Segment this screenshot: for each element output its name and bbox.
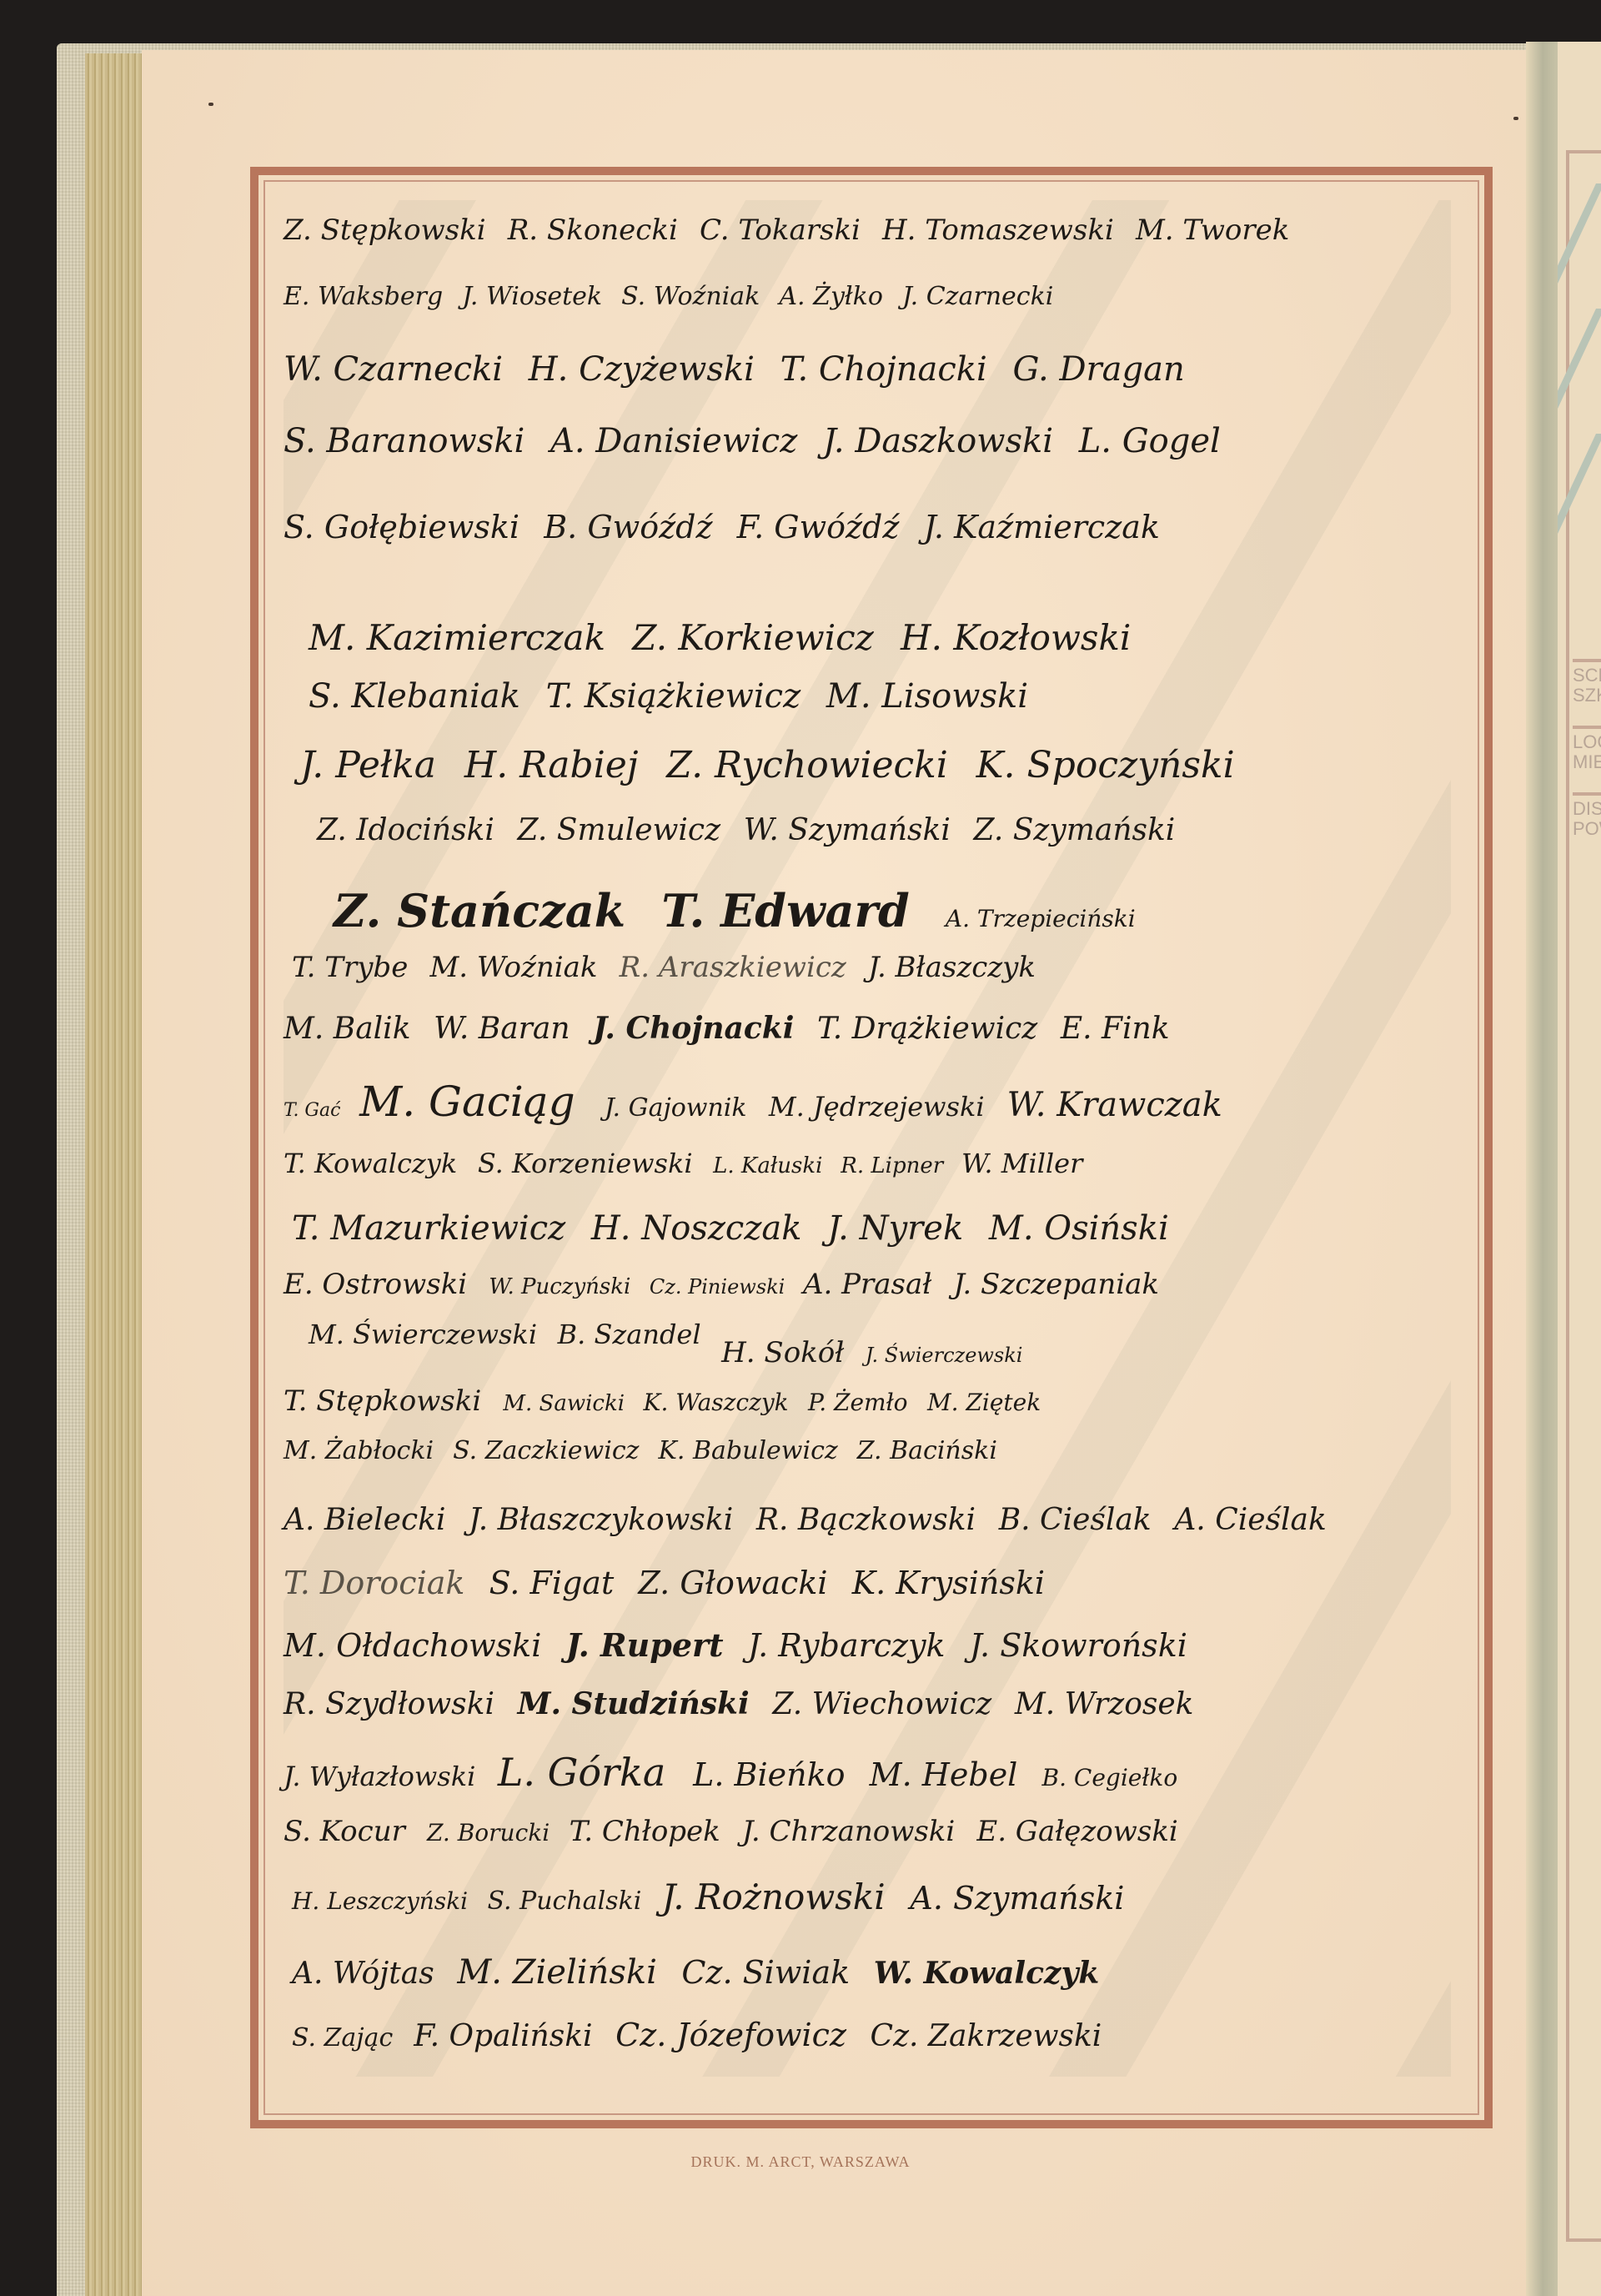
adjacent-page-fragment: SCHO SZKO LOCA MIEJS DISTI POW xyxy=(1558,42,1601,2296)
signature: E. Ostrowski xyxy=(284,1268,467,1301)
signature: B. Cieślak xyxy=(999,1503,1152,1537)
signature-row: Z. Stępkowski R. Skonecki C. Tokarski H.… xyxy=(284,214,1468,247)
signature: Z. Wiechowicz xyxy=(772,1687,991,1721)
signature: J. Pełka xyxy=(300,744,436,786)
signature: B. Szandel xyxy=(558,1319,701,1350)
signature-row: J. Wyłazłowski L. Górka L. Bieńko M. Heb… xyxy=(284,1750,1468,1795)
signature: J. Skowroński xyxy=(970,1627,1187,1664)
signature: P. Żemło xyxy=(808,1389,907,1416)
signature-row: S. Baranowski A. Danisiewicz J. Daszkows… xyxy=(284,422,1468,460)
signature-row: S. Zając F. Opaliński Cz. Józefowicz Cz.… xyxy=(284,2017,1476,2053)
page-edges xyxy=(85,53,143,2296)
signature: M. Wrzosek xyxy=(1015,1687,1194,1721)
signature: L. Kałuski xyxy=(713,1153,822,1178)
signature-row: E. Waksberg J. Wiosetek S. Woźniak A. Ży… xyxy=(284,282,1468,311)
signature-list: Z. Stępkowski R. Skonecki C. Tokarski H.… xyxy=(284,200,1468,2093)
signature: K. Waszczyk xyxy=(644,1389,789,1416)
signature: A. Prasał xyxy=(803,1268,931,1301)
signature: H. Leszczyński xyxy=(292,1887,468,1915)
signature-row: M. Świerczewski B. Szandel H. Sokół J. Ś… xyxy=(284,1318,1493,1351)
signature-row: T. Mazurkiewicz H. Noszczak J. Nyrek M. … xyxy=(284,1209,1476,1248)
signature: E. Gałęzowski xyxy=(976,1815,1177,1848)
signature: M. Żabłocki xyxy=(284,1436,434,1465)
signature-row: J. Pełka H. Rabiej Z. Rychowiecki K. Spo… xyxy=(284,744,1484,786)
signature: M. Sawicki xyxy=(503,1391,625,1416)
signature-row: T. Kowalczyk S. Korzeniewski L. Kałuski … xyxy=(284,1148,1468,1179)
signature: Z. Głowacki xyxy=(638,1565,827,1601)
signature: M. Zieliński xyxy=(457,1953,657,1992)
signature: J. Wiosetek xyxy=(462,282,602,311)
signature: S. Zaczkiewicz xyxy=(453,1436,639,1465)
signature: H. Sokół xyxy=(721,1336,844,1369)
signature: R. Araszkiewicz xyxy=(620,951,846,984)
signature-row: T. Trybe M. Woźniak R. Araszkiewicz J. B… xyxy=(284,951,1476,984)
ink-speck xyxy=(208,103,213,106)
signature: S. Kocur xyxy=(284,1815,405,1848)
signature: R. Bączkowski xyxy=(756,1503,976,1537)
signature: S. Gołębiewski xyxy=(284,509,519,545)
signature: W. Szymański xyxy=(744,813,951,847)
signature: R. Lipner xyxy=(841,1153,943,1178)
signature: M. Kazimierczak xyxy=(309,617,605,658)
signature: S. Puchalski xyxy=(488,1887,642,1916)
signature: T. Trybe xyxy=(292,951,408,984)
signature: M. Ołdachowski xyxy=(284,1627,541,1664)
signature: H. Rabiej xyxy=(464,744,639,786)
signature: T. Drążkiewicz xyxy=(817,1012,1037,1046)
signature: J. Kaźmierczak xyxy=(924,509,1160,545)
signature: J. Daszkowski xyxy=(823,422,1053,460)
signature: M. Lisowski xyxy=(826,677,1028,716)
signature: W. Czarnecki xyxy=(284,350,503,389)
signature: K. Spoczyński xyxy=(976,744,1235,786)
signature: F. Gwóźdź xyxy=(737,509,900,545)
signature: J. Chrzanowski xyxy=(742,1815,955,1848)
signature: T. Kowalczyk xyxy=(284,1148,457,1179)
signature: Z. Szymański xyxy=(973,813,1175,847)
signature: T. Książkiewicz xyxy=(546,677,801,716)
signature: T. Dorociak xyxy=(284,1565,464,1601)
signature: G. Dragan xyxy=(1013,350,1185,389)
signature: A. Wójtas xyxy=(292,1957,434,1991)
signature-row: H. Leszczyński S. Puchalski J. Rożnowski… xyxy=(284,1876,1476,1917)
signature: C. Tokarski xyxy=(700,214,861,247)
signature: Z. Borucki xyxy=(427,1819,550,1846)
signature: K. Krysiński xyxy=(852,1565,1045,1601)
signature: S. Figat xyxy=(489,1565,615,1601)
signature: J. Wyłazłowski xyxy=(284,1761,475,1792)
signature: Z. Smulewicz xyxy=(518,813,721,847)
signature: Cz. Józefowicz xyxy=(615,2017,846,2053)
signature-row: S. Gołębiewski B. Gwóźdź F. Gwóźdź J. Ka… xyxy=(284,509,1468,545)
signature: S. Woźniak xyxy=(621,282,760,311)
signature: J. Szczepaniak xyxy=(953,1268,1159,1301)
adjacent-page-label: SCHO SZKO xyxy=(1573,659,1601,706)
adjacent-page-label: DISTI POW xyxy=(1573,792,1601,839)
signature: M. Balik xyxy=(284,1012,411,1046)
signature: A. Trzepieciński xyxy=(946,905,1136,932)
signature: E. Fink xyxy=(1061,1012,1170,1046)
signature-row: M. Balik W. Baran J. Chojnacki T. Drążki… xyxy=(284,1011,1468,1046)
signature: Z. Stańczak xyxy=(334,884,625,937)
signature: K. Babulewicz xyxy=(659,1436,838,1465)
signature: M. Gaciąg xyxy=(359,1078,575,1126)
signature-row: A. Bielecki J. Błaszczykowski R. Bączkow… xyxy=(284,1503,1468,1537)
ink-speck xyxy=(1513,117,1518,120)
signature: H. Tomaszewski xyxy=(882,214,1114,247)
signature: T. Chojnacki xyxy=(780,350,987,389)
signature: J. Nyrek xyxy=(827,1209,963,1248)
signature: T. Stępkowski xyxy=(284,1384,481,1418)
signature: M. Świerczewski xyxy=(309,1319,537,1350)
signature: R. Skonecki xyxy=(508,214,678,247)
signature-row: W. Czarnecki H. Czyżewski T. Chojnacki G… xyxy=(284,350,1468,389)
signature: A. Żyłko xyxy=(779,282,883,311)
signature-row: T. Dorociak S. Figat Z. Głowacki K. Krys… xyxy=(284,1565,1468,1601)
signature: W. Puczyński xyxy=(489,1274,630,1299)
signature: Cz. Piniewski xyxy=(650,1275,785,1299)
signature-row: M. Ołdachowski J. Rupert J. Rybarczyk J.… xyxy=(284,1626,1468,1664)
signature: T. Edward xyxy=(661,884,909,937)
signature: M. Osiński xyxy=(989,1209,1169,1248)
signature-row: T. Gać M. Gaciąg J. Gajownik M. Jędrzeje… xyxy=(284,1078,1468,1126)
signature: R. Szydłowski xyxy=(284,1687,494,1721)
signature: W. Kowalczyk xyxy=(874,1956,1100,1991)
signature: M. Tworek xyxy=(1136,214,1289,247)
signature: S. Baranowski xyxy=(284,422,524,460)
signature-row: M. Kazimierczak Z. Korkiewicz H. Kozłows… xyxy=(284,617,1493,658)
signature-row: S. Kocur Z. Borucki T. Chłopek J. Chrzan… xyxy=(284,1815,1468,1848)
signature: W. Krawczak xyxy=(1007,1086,1222,1124)
signature: M. Woźniak xyxy=(429,951,597,984)
signature: H. Czyżewski xyxy=(529,350,755,389)
signature-row: Z. Idociński Z. Smulewicz W. Szymański Z… xyxy=(284,813,1501,847)
signature: M. Hebel xyxy=(870,1756,1018,1793)
signature: S. Zając xyxy=(292,2023,393,2052)
signature-row: S. Klebaniak T. Książkiewicz M. Lisowski xyxy=(284,677,1493,716)
signature: L. Bieńko xyxy=(693,1756,845,1793)
signature-row: T. Stępkowski M. Sawicki K. Waszczyk P. … xyxy=(284,1384,1468,1418)
signature: Z. Rychowiecki xyxy=(666,744,948,786)
signature: H. Kozłowski xyxy=(901,617,1131,658)
signature: Cz. Zakrzewski xyxy=(871,2019,1102,2053)
signature: F. Opaliński xyxy=(414,2019,592,2053)
signature: L. Gogel xyxy=(1079,422,1221,460)
signature: E. Waksberg xyxy=(284,282,443,311)
signature: H. Noszczak xyxy=(591,1209,802,1248)
signature: T. Mazurkiewicz xyxy=(292,1209,565,1248)
signature: M. Studziński xyxy=(518,1686,750,1721)
signature: Z. Stępkowski xyxy=(284,214,486,247)
printer-imprint: DRUK. M. ARCT, WARSZAWA xyxy=(0,2153,1601,2171)
signature: M. Jędrzejewski xyxy=(769,1091,985,1123)
signature: J. Rupert xyxy=(566,1626,724,1664)
signature: J. Gajownik xyxy=(605,1093,747,1123)
adjacent-page-label: LOCA MIEJS xyxy=(1573,726,1601,772)
signature: W. Miller xyxy=(961,1148,1082,1179)
signature: J. Chojnacki xyxy=(593,1011,794,1046)
signature: T. Gać xyxy=(284,1100,340,1121)
signature-row: E. Ostrowski W. Puczyński Cz. Piniewski … xyxy=(284,1268,1468,1301)
signature: L. Górka xyxy=(498,1750,666,1795)
signature: A. Cieślak xyxy=(1174,1503,1327,1537)
signature-row: Z. Stańczak T. Edward A. Trzepieciński xyxy=(284,884,1518,937)
signature: A. Szymański xyxy=(910,1880,1124,1917)
signature: Z. Baciński xyxy=(857,1436,997,1465)
signature: T. Chłopek xyxy=(570,1815,720,1848)
signature: B. Gwóźdź xyxy=(544,509,712,545)
signature-row: M. Żabłocki S. Zaczkiewicz K. Babulewicz… xyxy=(284,1436,1468,1465)
signature: J. Rożnowski xyxy=(662,1876,886,1917)
signature: A. Bielecki xyxy=(284,1503,445,1537)
signature: S. Klebaniak xyxy=(309,677,520,716)
signature: J. Błaszczyk xyxy=(868,951,1036,984)
signature: B. Cegiełko xyxy=(1042,1764,1178,1791)
signature: W. Baran xyxy=(434,1012,570,1046)
signature: Cz. Siwiak xyxy=(681,1954,850,1991)
signature: J. Świerczewski xyxy=(866,1344,1023,1367)
signature: J. Rybarczyk xyxy=(748,1627,946,1664)
book-gutter xyxy=(1526,42,1559,2296)
signature: J. Błaszczykowski xyxy=(469,1503,733,1537)
signature: S. Korzeniewski xyxy=(478,1148,693,1179)
signature: Z. Idociński xyxy=(317,813,494,847)
signature: A. Danisiewicz xyxy=(550,422,797,460)
signature: J. Czarnecki xyxy=(902,282,1053,311)
signature-row: R. Szydłowski M. Studziński Z. Wiechowic… xyxy=(284,1686,1468,1721)
signature: M. Ziętek xyxy=(927,1389,1041,1416)
signature: Z. Korkiewicz xyxy=(632,617,874,658)
signature-row: A. Wójtas M. Zieliński Cz. Siwiak W. Kow… xyxy=(284,1953,1476,1992)
